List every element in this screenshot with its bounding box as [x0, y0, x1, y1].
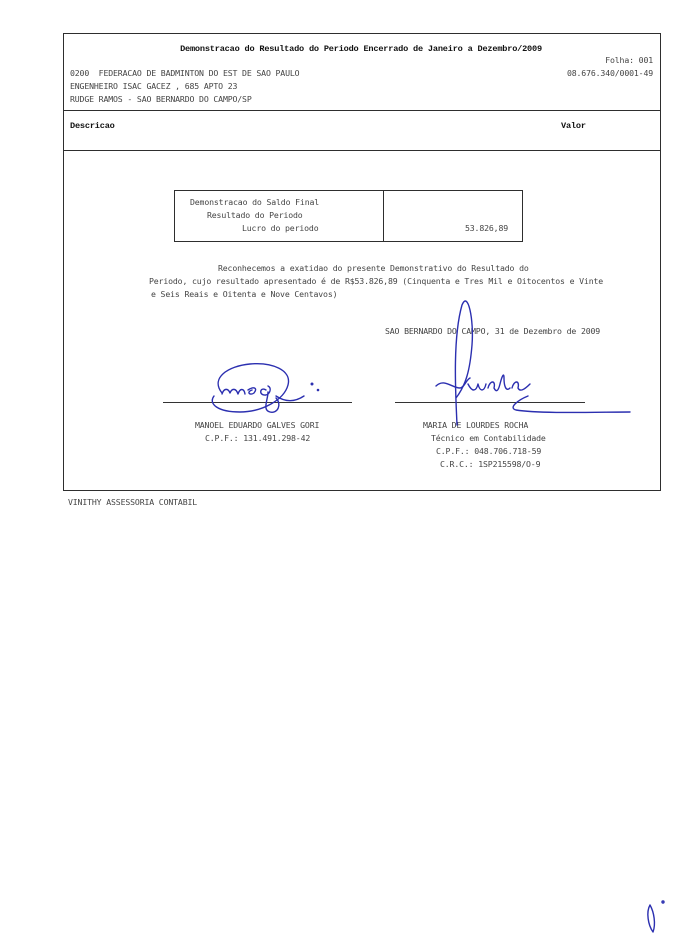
header-divider — [63, 110, 660, 111]
column-header-divider — [63, 150, 660, 151]
signatory-1-cpf: C.P.F.: 131.491.298-42 — [205, 433, 310, 443]
signatory-2-role: Técnico em Contabilidade — [431, 433, 546, 443]
company-name: 0200 FEDERACAO DE BADMINTON DO EST DE SA… — [70, 68, 299, 78]
summary-line-lucro: Lucro do periodo — [242, 223, 318, 233]
signatory-1-name: MANOEL EDUARDO GALVES GORI — [195, 420, 319, 430]
signature-line-left — [163, 402, 352, 403]
signatory-2-name: MARIA DE LOURDES ROCHA — [423, 420, 528, 430]
page-number: Folha: 001 — [605, 55, 653, 65]
address-line-2: RUDGE RAMOS - SAO BERNARDO DO CAMPO/SP — [70, 94, 252, 104]
signatory-2-cpf: C.P.F.: 048.706.718-59 — [436, 446, 541, 456]
statement-line-1: Reconhecemos a exatidao do presente Demo… — [218, 263, 529, 273]
summary-line-saldo-final: Demonstracao do Saldo Final — [190, 197, 319, 207]
column-header-value: Valor — [561, 121, 586, 131]
statement-line-3: e Seis Reais e Oitenta e Nove Centavos) — [151, 289, 337, 299]
signature-line-right — [395, 402, 585, 403]
summary-line-resultado: Resultado do Periodo — [207, 210, 303, 220]
report-title: Demonstracao do Resultado do Periodo Enc… — [0, 44, 690, 54]
footer-accounting-firm: VINITHY ASSESSORIA CONTABIL — [68, 497, 197, 507]
signatory-2-crc: C.R.C.: 1SP215598/O-9 — [440, 459, 540, 469]
cnpj: 08.676.340/0001-49 — [567, 68, 653, 78]
summary-box-divider — [383, 191, 384, 241]
place-date: SAO BERNARDO DO CAMPO, 31 de Dezembro de… — [385, 326, 600, 336]
summary-value: 53.826,89 — [465, 223, 508, 233]
address-line-1: ENGENHEIRO ISAC GACEZ , 685 APTO 23 — [70, 81, 237, 91]
initial-mark-icon — [648, 901, 664, 932]
column-header-description: Descricao — [70, 121, 115, 131]
statement-line-2: Periodo, cujo resultado apresentado é de… — [149, 276, 603, 286]
